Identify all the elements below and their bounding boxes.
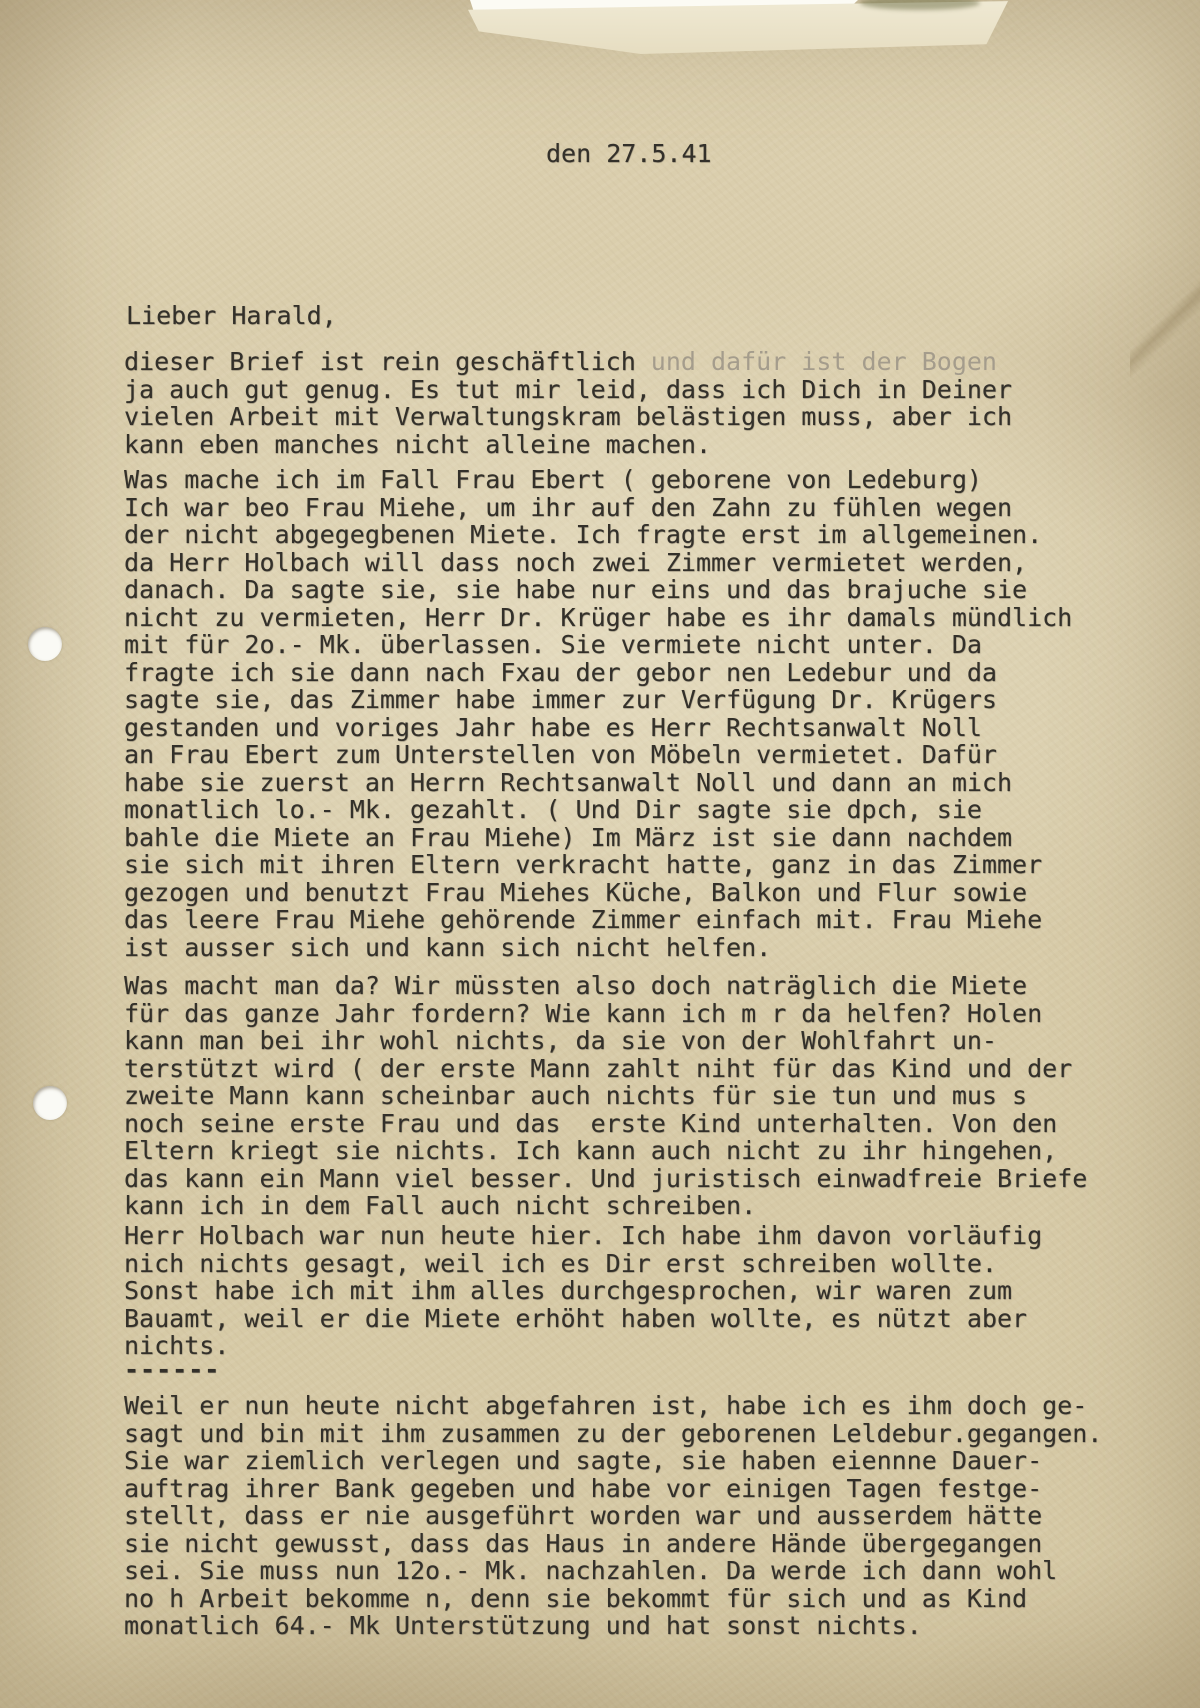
letter-line: gestanden und voriges Jahr habe es Herr … [124,714,1072,742]
letter-paragraph-1: dieser Brief ist rein geschäftlich und d… [124,348,1012,458]
letter-line: mit für 2o.- Mk. überlassen. Sie vermiet… [124,631,1072,659]
letter-line: vielen Arbeit mit Verwaltungskram beläst… [124,403,1012,431]
letter-salutation: Lieber Harald, [126,302,337,330]
letter-line: Weil er nun heute nicht abgefahren ist, … [124,1392,1102,1420]
letter-line: das kann ein Mann viel besser. Und juris… [124,1165,1087,1193]
letter-line: noch seine erste Frau und das erste Kind… [124,1110,1087,1138]
letter-line: kann ich in dem Fall auch nicht schreibe… [124,1192,1087,1220]
letter-paragraph-3: Was macht man da? Wir müssten also doch … [124,972,1087,1220]
letter-line: gezogen und benutzt Frau Miehes Küche, B… [124,879,1072,907]
letter-line: zweite Mann kann scheinbar auch nichts f… [124,1082,1087,1110]
letter-line: fragte ich sie dann nach Fxau der gebor … [124,659,1072,687]
letter-line-segment-faded: und dafür ist der Bogen [651,347,997,376]
letter-line: bahle die Miete an Frau Miehe) Im März i… [124,824,1072,852]
letter-line: sagte sie, das Zimmer habe immer zur Ver… [124,686,1072,714]
letter-paragraph-4: Herr Holbach war nun heute hier. Ich hab… [124,1222,1042,1360]
letter-line: ja auch gut genug. Es tut mir leid, dass… [124,376,1012,404]
letter-line: Bauamt, weil er die Miete erhöht haben w… [124,1305,1042,1333]
letter-line: monatlich lo.- Mk. gezahlt. ( Und Dir sa… [124,796,1072,824]
letter-line: monatlich 64.- Mk Unterstützung und hat … [124,1612,1102,1640]
letter-paragraph-2: Was mache ich im Fall Frau Ebert ( gebor… [124,466,1072,961]
letter-line: das leere Frau Miehe gehörende Zimmer ei… [124,906,1072,934]
letter-line: da Herr Holbach will dass noch zwei Zimm… [124,549,1072,577]
letter-line: Herr Holbach war nun heute hier. Ich hab… [124,1222,1042,1250]
letter-line: danach. Da sagte sie, sie habe nur eins … [124,576,1072,604]
letter-line: Sie war ziemlich verlegen und sagte, sie… [124,1447,1102,1475]
letter-line: nicht zu vermieten, Herr Dr. Krüger habe… [124,604,1072,632]
letter-line: nichts. [124,1332,1042,1360]
letter-line: an Frau Ebert zum Unterstellen von Möbel… [124,741,1072,769]
letter-line: terstützt wird ( der erste Mann zahlt ni… [124,1055,1087,1083]
letter-line: kann man bei ihr wohl nichts, da sie von… [124,1027,1087,1055]
letter-date: den 27.5.41 [546,140,712,168]
letter-line: kann eben manches nicht alleine machen. [124,431,1012,459]
letter-line: sei. Sie muss nun 12o.- Mk. nachzahlen. … [124,1557,1102,1585]
letter-paragraph-5: Weil er nun heute nicht abgefahren ist, … [124,1392,1102,1640]
letter-line: Ich war beo Frau Miehe, um ihr auf den Z… [124,494,1072,522]
letter-line-segment: dieser Brief ist rein geschäftlich [124,347,651,376]
dash-separator: ------ [124,1356,220,1384]
punch-hole [28,627,62,661]
letter-line: Was mache ich im Fall Frau Ebert ( gebor… [124,466,1072,494]
letter-line: der nicht abgegegbenen Miete. Ich fragte… [124,521,1072,549]
letter-line: habe sie zuerst an Herrn Rechtsanwalt No… [124,769,1072,797]
letter-line: sie sich mit ihren Eltern verkracht hatt… [124,851,1072,879]
scanned-letter-page: den 27.5.41 Lieber Harald, dieser Brief … [0,0,1200,1708]
letter-line: auftrag ihrer Bank gegeben und habe vor … [124,1475,1102,1503]
letter-line: sie nicht gewusst, dass das Haus in ande… [124,1530,1102,1558]
letter-line: no h Arbeit bekomme n, denn sie bekommt … [124,1585,1102,1613]
letter-line: ist ausser sich und kann sich nicht helf… [124,934,1072,962]
letter-line: nich nichts gesagt, weil ich es Dir erst… [124,1250,1042,1278]
letter-line: für das ganze Jahr fordern? Wie kann ich… [124,1000,1087,1028]
letter-line: stellt, dass er nie ausgeführt worden wa… [124,1502,1102,1530]
letter-line: dieser Brief ist rein geschäftlich und d… [124,348,1012,376]
punch-hole [33,1086,67,1120]
paper-crease [1130,278,1200,378]
letter-line: sagt und bin mit ihm zusammen zu der geb… [124,1420,1102,1448]
letter-line: Eltern kriegt sie nichts. Ich kann auch … [124,1137,1087,1165]
letter-line: Was macht man da? Wir müssten also doch … [124,972,1087,1000]
letter-line: Sonst habe ich mit ihm alles durchgespro… [124,1277,1042,1305]
